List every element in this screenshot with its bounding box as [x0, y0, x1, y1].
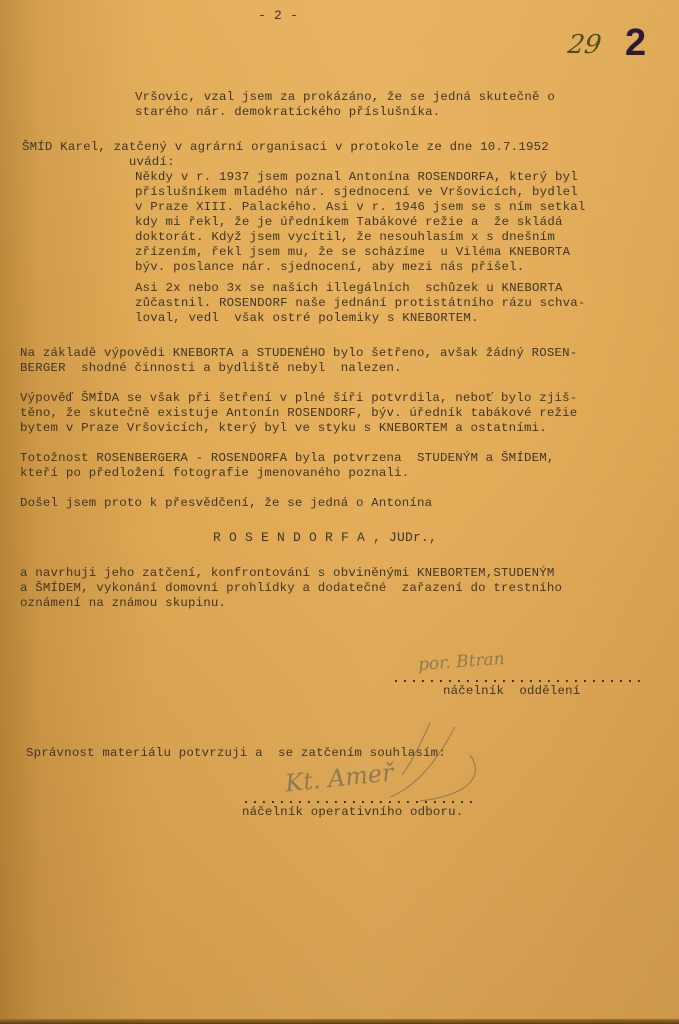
text-line: Na základě výpovědi KNEBORTA a STUDENÉHO… — [20, 346, 577, 361]
text-line: oznámení na známou skupinu. — [20, 596, 226, 611]
text-line: a ŠMÍDEM, vykonání domovní prohlídky a d… — [20, 581, 562, 596]
testimony-heading: ŠMÍD Karel, zatčený v agrární organisaci… — [22, 140, 549, 155]
conclusion-line: Došel jsem proto k přesvědčení, že se je… — [20, 496, 432, 511]
text-line: Vršovic, vzal jsem za prokázáno, že se j… — [135, 90, 555, 105]
testimony-heading: uvádí: — [22, 155, 175, 170]
signature-title: náčelník operativního odboru. — [242, 805, 463, 820]
text-line: doktorát. Když jsem vycítil, že nesouhla… — [135, 230, 555, 245]
text-line: zřízením, řekl jsem mu, že se scházíme u… — [135, 245, 570, 260]
text-line: kdy mi řekl, že je úředníkem Tabákové re… — [135, 215, 563, 230]
paper-bottom-edge — [0, 1019, 679, 1024]
text-line: Asi 2x nebo 3x se našich illegálních sch… — [135, 281, 563, 296]
text-line: Výpověď ŠMÍDA se však při šetření v plné… — [20, 391, 577, 406]
text-line: těno, že skutečně existuje Antonín ROSEN… — [20, 406, 577, 421]
text-line: Někdy v r. 1937 jsem poznal Antonína ROS… — [135, 170, 578, 185]
text-line: BERGER shodné činnosti a bydliště nebyl … — [20, 361, 402, 376]
text-line: Totožnost ROSENBERGERA - ROSENDORFA byla… — [20, 451, 555, 466]
signature-title: náčelník oddělení — [443, 684, 580, 699]
subject-name: R O S E N D O R F A , JUDr., — [213, 530, 437, 545]
text-line: starého nár. demokratického příslušníka. — [135, 105, 440, 120]
handwritten-folio-number: 29 — [566, 30, 603, 60]
text-line: bytem v Praze Vršovicích, který byl ve s… — [20, 421, 547, 436]
text-line: loval, vedl však ostré polemiky s KNEBOR… — [135, 311, 479, 326]
text-line: příslušníkem mladého nár. sjednocení ve … — [135, 185, 578, 200]
page-marker: - 2 - — [258, 8, 298, 23]
text-line: zůčastnil. ROSENDORF naše jednání protis… — [135, 296, 586, 311]
text-line: kteří po předložení fotografie jmenované… — [20, 466, 409, 481]
text-line: v Praze XIII. Palackého. Asi v r. 1946 j… — [135, 200, 586, 215]
text-line: a navrhuji jeho zatčení, konfrontování s… — [20, 566, 555, 581]
stamped-folio-number: 2 — [625, 22, 646, 65]
text-line: býv. poslance nár. sjednocení, aby mezi … — [135, 260, 524, 275]
